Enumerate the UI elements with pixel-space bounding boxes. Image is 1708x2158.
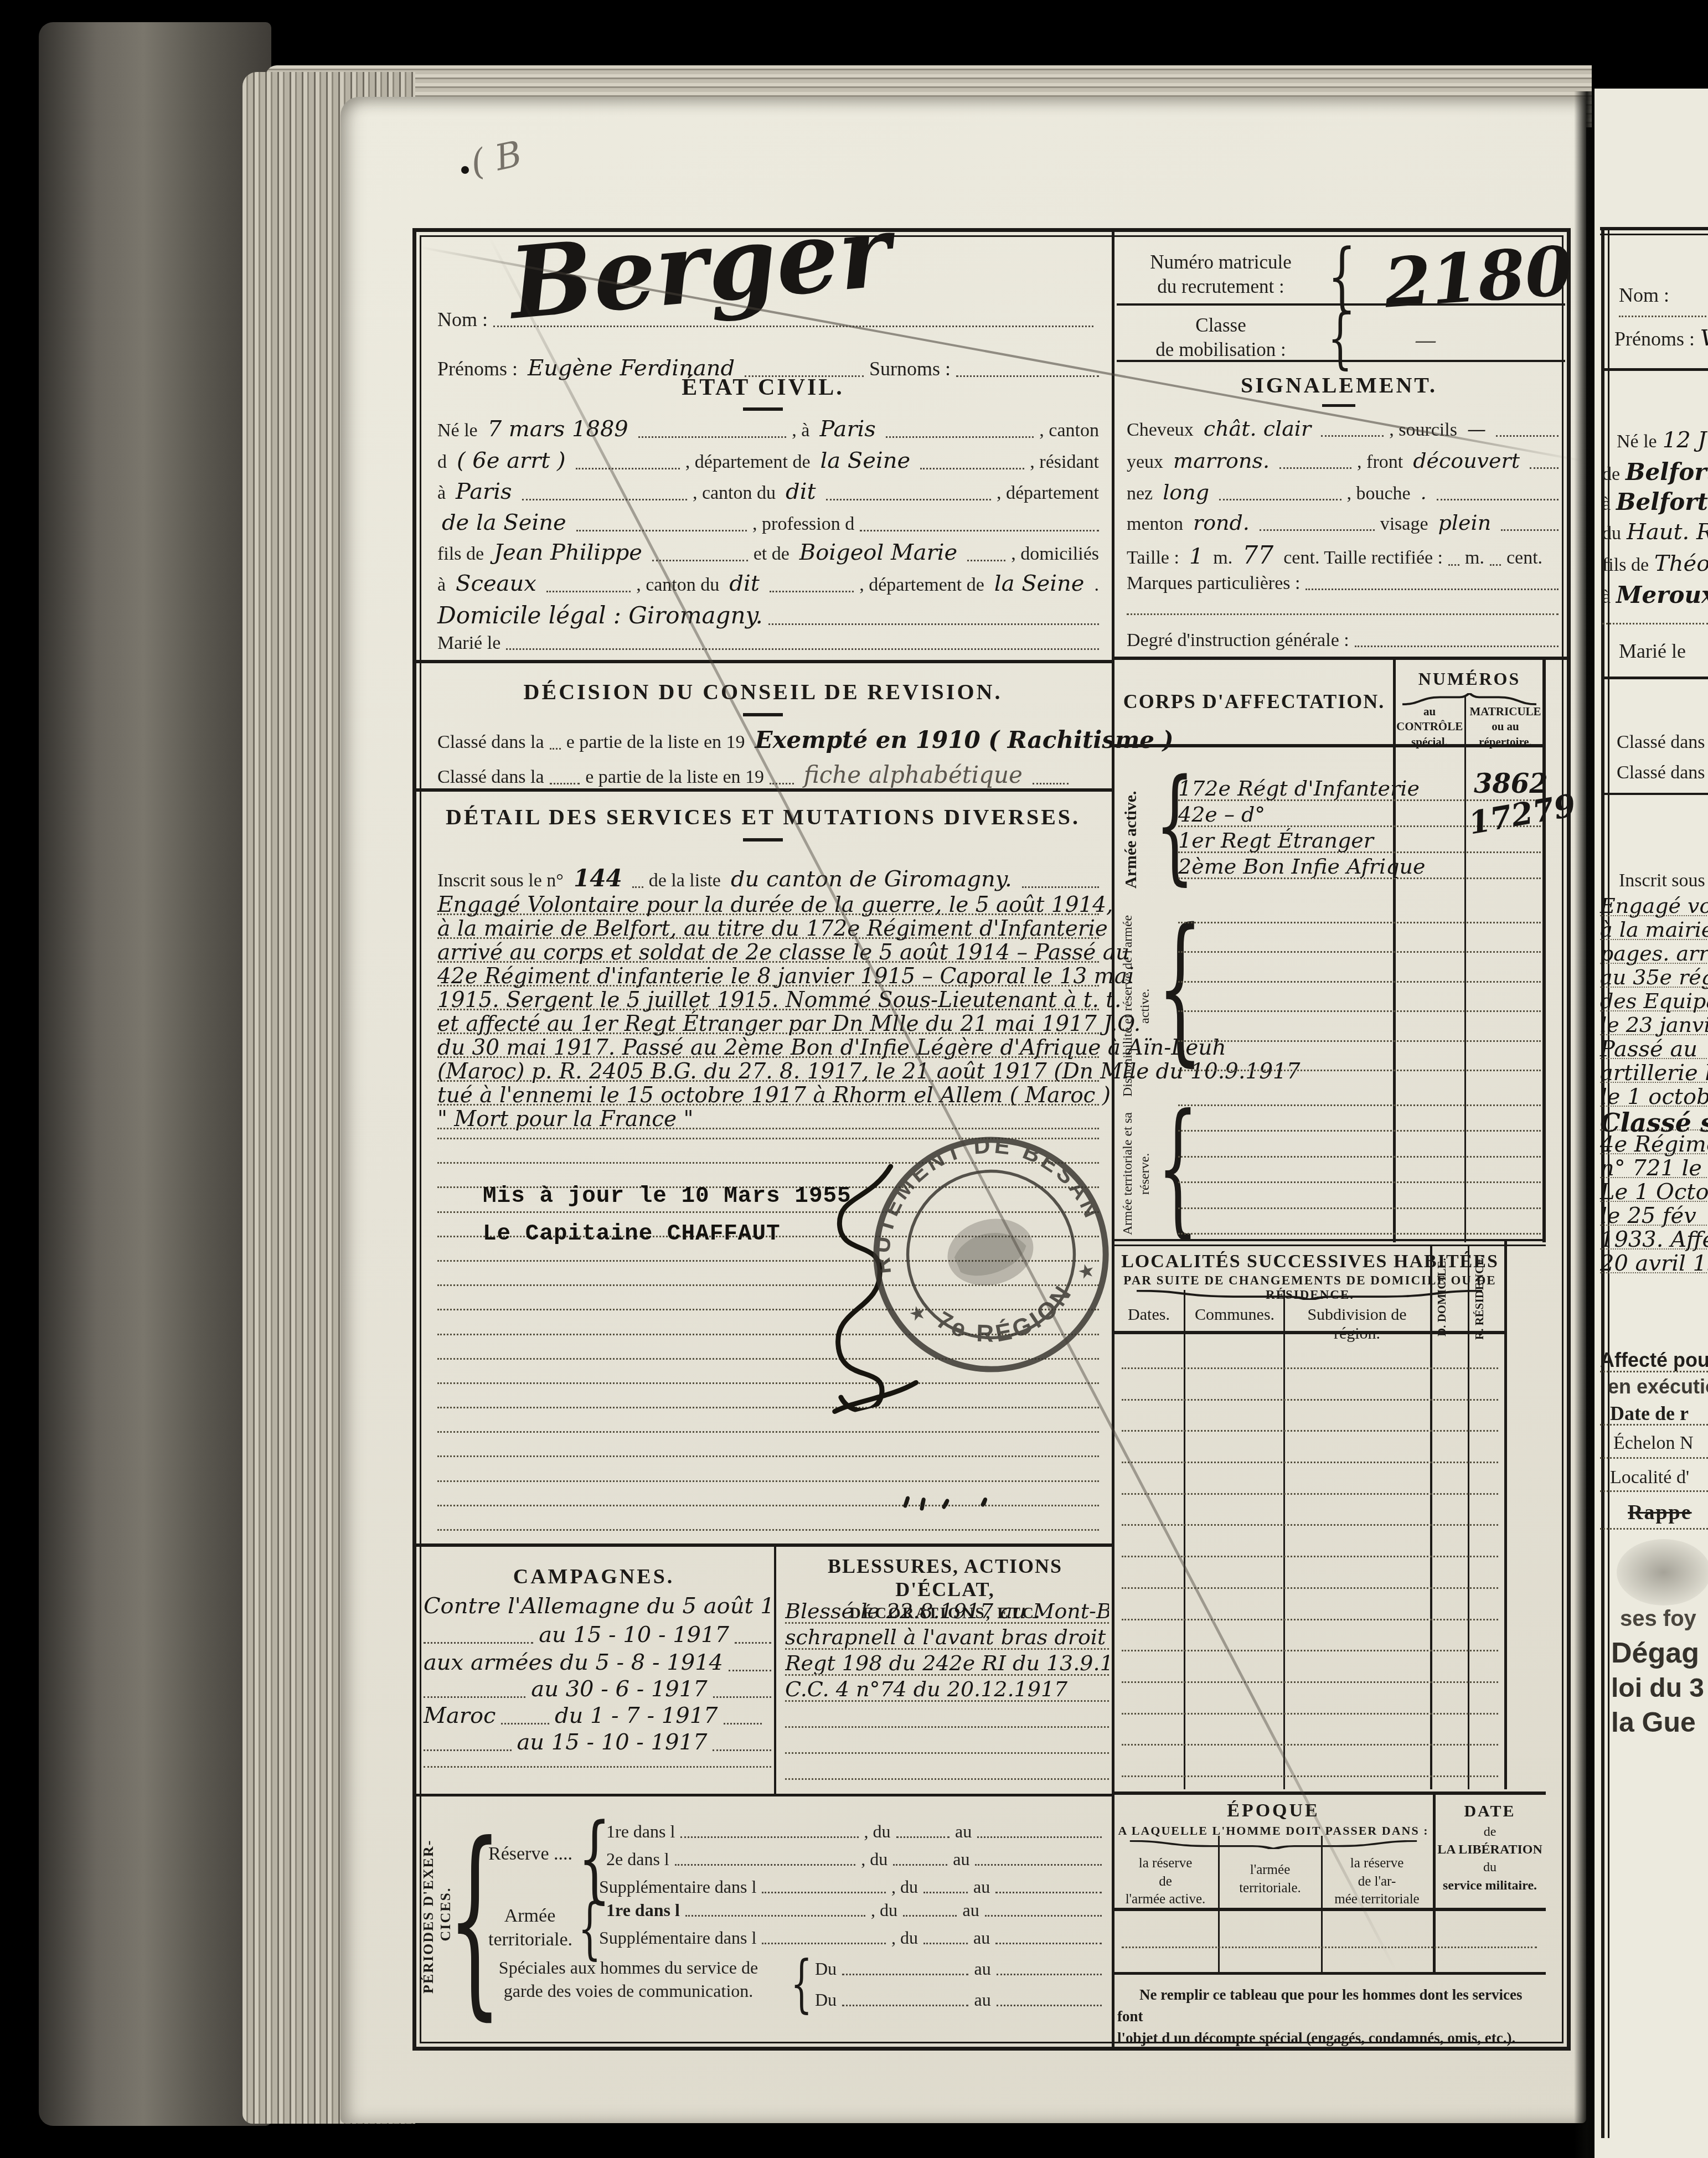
- ruled-line: [1600, 1457, 1708, 1459]
- ruled-line: [576, 529, 747, 531]
- corps-entry-text: 42e – d°: [1178, 802, 1265, 827]
- form-column-divider: [1112, 228, 1114, 2051]
- ruled-line: [1437, 498, 1559, 500]
- rp-classe-1: Classé dans la: [1617, 732, 1708, 753]
- rp-marie-row: Marié le: [1619, 639, 1686, 663]
- ruled-line: [493, 325, 1093, 327]
- front-value: découvert: [1408, 448, 1524, 473]
- localites-vline: [1504, 1239, 1507, 1789]
- residence: Paris: [451, 479, 516, 504]
- section-divider: [416, 660, 1112, 663]
- ruled-line: [1122, 1681, 1498, 1683]
- ruled-line: [860, 529, 1099, 531]
- epoque-col-2: l'armée territoriale.: [1221, 1861, 1319, 1897]
- ruled-line: [1600, 1528, 1708, 1530]
- ruled-line: [1355, 645, 1559, 647]
- service-entry: (Maroc) p. R. 2405 B.G. du 27. 8. 1917, …: [437, 1058, 1099, 1082]
- visage-value: plein: [1434, 510, 1496, 535]
- label: , domiciliés: [1011, 544, 1099, 565]
- departement: la Seine: [816, 448, 915, 473]
- rp-affecte: Affecté pour: [1600, 1349, 1708, 1372]
- departement-3: la Seine: [990, 571, 1089, 596]
- ec-row-7: Domicile légal : Giromagny.: [437, 602, 1099, 629]
- taille-label: Taille :: [1127, 548, 1179, 569]
- ruled-line: [785, 1702, 1109, 1728]
- ruled-line: [1178, 1010, 1541, 1012]
- ruled-line: [1501, 529, 1559, 531]
- ruled-line: [1305, 588, 1559, 590]
- rp-execution: en exécution: [1608, 1375, 1708, 1398]
- campagne-entry: Contre l'Allemagne du 5 août 1914: [424, 1593, 771, 1619]
- rp-hand-block: Engagé vo à la mairie pages. arriv au 35…: [1600, 892, 1708, 1273]
- label: e partie de la liste en 19: [585, 767, 764, 788]
- ruled-line: [770, 590, 854, 592]
- campagne-row-3: aux armées du 5 - 8 - 1914: [424, 1650, 771, 1675]
- ruled-line: [1279, 467, 1351, 469]
- corps-entry: 2ème Bon Infie Afrique: [1178, 853, 1541, 879]
- ruled-line: [1496, 435, 1559, 437]
- epoque-note-l2: l'objet d un décompte spécial (engagés, …: [1117, 2027, 1546, 2049]
- label: , profession d: [752, 514, 854, 535]
- departement-2: de la Seine: [437, 510, 571, 535]
- arrondissement: ( 6e arrt ): [452, 448, 570, 473]
- text: 20 avril 1934: [1600, 1251, 1708, 1276]
- classe-value: —: [1415, 328, 1437, 353]
- epoque-note-l1: Ne remplir ce tableau que pour les homme…: [1117, 1984, 1546, 2027]
- epoque-title: ÉPOQUE: [1113, 1800, 1433, 1821]
- text: ses foy: [1620, 1607, 1696, 1632]
- corps-entry-text: 2ème Bon Infie Afrique: [1178, 854, 1425, 879]
- ruled-line: [997, 2004, 1102, 2006]
- label: et de: [754, 544, 790, 565]
- ec-row-1: Né le7 mars 1889 , àParis , canton: [437, 416, 1099, 442]
- label: à: [437, 575, 446, 596]
- rp-echelon: Échelon N: [1613, 1433, 1693, 1454]
- classe-label-line2: de mobilisation :: [1124, 338, 1318, 362]
- taille-cm: 77: [1238, 541, 1278, 570]
- matricule-label: Numéro matricule du recrutement :: [1124, 250, 1318, 299]
- ruled-line: [1122, 1947, 1537, 1948]
- rp-hand-line: Engagé vo: [1600, 892, 1708, 916]
- ruled-line: [923, 1942, 968, 1944]
- rp-hand-line: 4e Régiment: [1600, 1130, 1708, 1154]
- numeros-brace-curve: [1400, 693, 1539, 705]
- text: n° 721 le 1: [1600, 1155, 1708, 1181]
- ruled-line: [1600, 1490, 1708, 1492]
- value: Théodo: [1654, 551, 1708, 576]
- label: , bouche: [1347, 483, 1411, 504]
- ruled-line: [522, 498, 687, 500]
- campagne-entry: au 30 - 6 - 1917: [531, 1676, 707, 1702]
- rp-localite: Localité d': [1610, 1467, 1689, 1488]
- label: 2e dans l: [606, 1849, 669, 1870]
- label: , canton du: [636, 575, 719, 596]
- label: au: [974, 1990, 990, 2010]
- ruled-line: [1122, 1775, 1498, 1777]
- rp-hand-line: 1933. Affect: [1600, 1226, 1708, 1250]
- value: Belfort: [1626, 458, 1708, 486]
- label: à: [1602, 494, 1611, 515]
- ruled-line: [1122, 1493, 1498, 1495]
- rp-stamp-smudge: [1617, 1539, 1708, 1605]
- ruled-line: [785, 1728, 1109, 1754]
- rp-hand-line: à la mairie: [1600, 916, 1708, 940]
- rp-marie-label: Marié le: [1619, 639, 1686, 663]
- speciales-label-1: Spéciales aux hommes du service de: [468, 1956, 789, 1980]
- ruled-line: [975, 1863, 1102, 1866]
- decision-row-2: Classé dans la e partie de la liste en 1…: [437, 761, 1099, 788]
- speciales-label-2: garde des voies de communication.: [468, 1980, 789, 2003]
- date-col-l1: DATE: [1436, 1800, 1544, 1823]
- label: au: [973, 1928, 990, 1948]
- blessure-text: Blessé le 22.8.1917 au Mont-Beles (Serbi…: [785, 1599, 1109, 1623]
- ruled-line: [680, 1836, 858, 1838]
- ruled-line: [437, 1382, 1099, 1384]
- label: yeux: [1127, 452, 1163, 473]
- localites-col-dates: Dates.: [1113, 1305, 1184, 1324]
- ruled-line: [424, 1749, 512, 1751]
- decision-value-2: fiche alphabétique: [799, 761, 1027, 788]
- rp-hand-line: le 1 octobre: [1600, 1083, 1708, 1107]
- campagnes-title: CAMPAGNES.: [412, 1565, 775, 1589]
- bouche-value: .: [1416, 482, 1431, 504]
- label: 1re dans l: [606, 1821, 675, 1842]
- text: le 23 janvier 1: [1600, 1013, 1708, 1037]
- service-text: 42e Régiment d'infanterie le 8 janvier 1…: [437, 964, 1134, 989]
- ruled-line: [1122, 1367, 1498, 1369]
- etat-civil-title: ÉTAT CIVIL.: [412, 374, 1113, 401]
- label: de: [1602, 464, 1620, 485]
- campagne-row-6: au 15 - 10 - 1917: [424, 1730, 771, 1755]
- title-dash: [743, 713, 783, 716]
- rp-form-border: [1600, 227, 1708, 230]
- controle-col-head: au CONTRÔLE spécial.: [1396, 704, 1463, 750]
- ruled-line: [923, 1891, 968, 1893]
- inscrit-label: Inscrit sous le n°: [437, 870, 564, 891]
- ruled-line: [546, 590, 631, 592]
- rp-classe-2: Classé dans la: [1617, 762, 1708, 783]
- matricule-col-head: MATRICULE ou au répertoire.: [1467, 704, 1544, 750]
- ruled-line: [1260, 529, 1375, 531]
- ruled-line: [1178, 1130, 1541, 1132]
- title-dash: [743, 838, 783, 841]
- ruled-line: [638, 436, 787, 438]
- label: d: [437, 452, 447, 473]
- label: Cheveux: [1127, 420, 1194, 441]
- label: Classé dans la: [437, 767, 544, 788]
- ruled-line: [675, 1863, 856, 1866]
- rp-civil-1: Né le12 Ju: [1617, 427, 1708, 453]
- rp-hand-line: pages. arriv: [1600, 940, 1708, 964]
- sig-row-1: Cheveuxchât. clair , sourcils—: [1127, 416, 1559, 441]
- ruled-line: [424, 1641, 533, 1644]
- ec-row-3: àParis , canton dudit , département: [437, 479, 1099, 504]
- blessure-text: C.C. 4 n°74 du 20.12.1917: [785, 1677, 1067, 1701]
- ink-marks: [900, 1484, 1010, 1517]
- ruled-line: [576, 467, 680, 469]
- label: , du: [864, 1821, 891, 1842]
- label: Supplémentaire dans l: [599, 1877, 756, 1897]
- campagne-entry: Maroc: [424, 1703, 496, 1728]
- service-text: et affecté au 1er Regt Étranger par Dn M…: [437, 1011, 1141, 1036]
- ruled-line: [893, 1863, 947, 1866]
- signalement-title: SIGNALEMENT.: [1113, 372, 1565, 398]
- ruled-line: [1178, 1181, 1541, 1183]
- marques-label: Marques particulières :: [1127, 573, 1300, 594]
- canton: dit: [781, 479, 820, 504]
- text: Échelon N: [1613, 1433, 1693, 1454]
- epoque-col1-l1: la réserve: [1113, 1855, 1217, 1873]
- controle-head-2: CONTRÔLE: [1396, 719, 1463, 734]
- blessure-entry: C.C. 4 n°74 du 20.12.1917: [785, 1676, 1109, 1702]
- rp-civil-4: duHaut. R: [1602, 519, 1708, 545]
- matricule-value: 2180: [1381, 230, 1575, 323]
- ruled-line: [1122, 1619, 1498, 1620]
- ruled-line: [1178, 1040, 1541, 1042]
- epoque-subtitle: A LAQUELLE L'HOMME DOIT PASSER DANS :: [1113, 1824, 1433, 1838]
- speciales-brace: {: [791, 1953, 812, 2015]
- campagne-row-5: Maroc du 1 - 7 - 1917: [424, 1703, 771, 1728]
- label: fils de: [1602, 555, 1649, 576]
- services-title: DÉTAIL DES SERVICES ET MUTATIONS DIVERSE…: [412, 804, 1113, 830]
- label: à: [437, 483, 446, 504]
- ruled-line: [1122, 1524, 1498, 1526]
- rp-prenoms-label: Prénoms :: [1614, 327, 1695, 350]
- ruled-line: [997, 1973, 1102, 1975]
- ruled-line: [768, 623, 1099, 625]
- rp-civil-2: deBelfort: [1602, 458, 1708, 486]
- epoque-heavy-line: [1113, 1908, 1546, 1911]
- label: au: [953, 1849, 969, 1870]
- epoque-vline: [1321, 1836, 1323, 1973]
- corps-entry-text: 1er Regt Étranger: [1178, 828, 1374, 853]
- label: du: [1602, 523, 1621, 544]
- territoriale-reserve-label: Armée territoriale et sa réserve.: [1119, 1104, 1154, 1243]
- rp-hand-line: au 35e régim: [1600, 964, 1708, 988]
- label: Inscrit sous le: [1619, 870, 1708, 891]
- text: 4e Régiment: [1600, 1132, 1708, 1157]
- campagne-row-2: au 15 - 10 - 1917: [424, 1622, 771, 1648]
- nom-label: Nom :: [437, 308, 488, 331]
- label: , du: [891, 1928, 918, 1948]
- service-entry: tué à l'ennemi le 15 octobre 1917 à Rhor…: [437, 1082, 1099, 1106]
- text: Affecté pour: [1600, 1349, 1708, 1372]
- rp-civil-3: àBelfort: [1602, 488, 1708, 515]
- canton-2: dit: [725, 571, 763, 596]
- epoque-border-bottom: [1113, 1972, 1546, 1975]
- ruled-line: [685, 1914, 865, 1917]
- territoriale-label: Armée territoriale.: [488, 1904, 571, 1952]
- ruled-line: [1122, 1650, 1498, 1651]
- value: Belfort: [1616, 488, 1708, 515]
- blessure-entry: Blessé le 22.8.1917 au Mont-Beles (Serbi…: [785, 1598, 1109, 1624]
- matricule-label-line2: du recrutement :: [1124, 275, 1318, 299]
- ruled-line: [842, 1973, 968, 1975]
- service-text: arrivé au corps et soldat de 2e classe l…: [437, 940, 1129, 965]
- label: nez: [1127, 483, 1153, 504]
- stamp-star-right: ★: [1075, 1259, 1097, 1284]
- stamp-bottom-text: 7e RÉGION: [927, 1274, 1087, 1363]
- service-entry: et affecté au 1er Regt Étranger par Dn M…: [437, 1010, 1099, 1034]
- territoriale-rows: [1178, 1104, 1541, 1235]
- label: au: [973, 1877, 990, 1897]
- ruled-line: [437, 1431, 1099, 1433]
- ruled-line: [713, 1749, 771, 1751]
- rp-form-border: [1600, 234, 1708, 235]
- ruled-line: [437, 1455, 1099, 1457]
- ruled-line: [424, 1696, 525, 1698]
- rp-hand-line: des Equipages m: [1600, 988, 1708, 1011]
- periodes-side-1: PÉRIODES D'EXER-: [420, 1840, 436, 1994]
- ruled-line: [550, 747, 561, 750]
- label: , département de: [685, 452, 811, 473]
- ruled-line: [1178, 981, 1541, 983]
- campagne-entry: du 1 - 7 - 1917: [555, 1703, 718, 1728]
- territoriale-label-1: Armée: [488, 1904, 571, 1928]
- register-right-page: Nom : Prénoms : Vic Né le12 Ju deBelfort…: [1595, 89, 1708, 2158]
- epoque-col2-l1: l'armée: [1221, 1861, 1319, 1880]
- rp-hand-line: 20 avril 1934: [1600, 1250, 1708, 1273]
- localites-col-communes: Communes.: [1185, 1305, 1284, 1324]
- ruled-line: [1178, 922, 1541, 923]
- corps-title: CORPS D'AFFECTATION.: [1113, 690, 1395, 713]
- text: en exécution: [1608, 1375, 1708, 1398]
- ruled-line: [977, 1836, 1102, 1838]
- label: , à: [792, 420, 809, 441]
- ruled-line: [1619, 316, 1708, 317]
- label: m.: [1213, 548, 1232, 569]
- ruled-line: [437, 1529, 1099, 1531]
- page-gutter-shadow: [1574, 91, 1597, 2158]
- campagne-row-1: Contre l'Allemagne du 5 août 1914: [424, 1593, 771, 1619]
- epoque-col1-l2: de: [1113, 1873, 1217, 1891]
- label: , du: [871, 1900, 897, 1920]
- epoque-col3-l2: de l'ar-: [1323, 1873, 1431, 1891]
- dispo-label: Disponibilité et réserve de l'armée acti…: [1119, 915, 1154, 1097]
- epoque-note: Ne remplir ce tableau que pour les homme…: [1117, 1984, 1546, 2049]
- blessure-entry: Regt 198 du 242e RI du 13.9.1916 – cité …: [785, 1650, 1109, 1676]
- label: Du: [815, 1990, 837, 2010]
- label: e partie de la liste en 19: [566, 732, 745, 753]
- label: au: [962, 1900, 979, 1920]
- rp-hand-line: artillerie lo: [1600, 1059, 1708, 1083]
- ruled-line: [501, 1722, 549, 1725]
- ruled-line: [437, 1480, 1099, 1482]
- terr-label-1: Armée territoriale: [1121, 1139, 1135, 1235]
- header-divider2: [1117, 360, 1565, 362]
- decision-value-1: Exempté en 1910 ( Rachitisme ): [751, 726, 1178, 753]
- sig-row-3: nezlong , bouche.: [1127, 480, 1559, 504]
- ruled-line: [1122, 1462, 1498, 1463]
- date-col-l5: service militaire.: [1436, 1877, 1544, 1894]
- rp-rappel: Rappe: [1628, 1500, 1692, 1525]
- label: au: [974, 1959, 990, 1979]
- ruled-line: [632, 886, 643, 888]
- date-col-l4: du: [1436, 1858, 1544, 1876]
- campagne-row-4: au 30 - 6 - 1917: [424, 1676, 771, 1702]
- service-entry: à la mairie de Belfort, au titre du 172e…: [437, 915, 1099, 939]
- ruled-line: [920, 467, 1024, 469]
- text: artillerie lo: [1600, 1060, 1708, 1086]
- epoque-vline: [1218, 1836, 1220, 1973]
- rp-stamp-guerre: la Gue: [1611, 1706, 1696, 1738]
- ruled-line: [735, 1641, 771, 1644]
- epoque-col-1: la réserve de l'armée active.: [1113, 1855, 1217, 1909]
- ruled-line: [1530, 467, 1559, 469]
- service-entry: du 30 mai 1917. Passé au 2ème Bon d'Infi…: [437, 1034, 1099, 1058]
- text: le 25 fév: [1600, 1203, 1696, 1228]
- service-entry: arrivé au corps et soldat de 2e classe l…: [437, 939, 1099, 963]
- corps-table-heavy-line: [1113, 744, 1546, 747]
- rp-stamp-loi: loi du 3: [1611, 1673, 1704, 1703]
- text: Date de r: [1610, 1402, 1689, 1425]
- blessures-title-line1: BLESSURES, ACTIONS D'ÉCLAT,: [778, 1555, 1112, 1601]
- controle-head-1: au: [1396, 704, 1463, 719]
- ruled-line: [1033, 782, 1069, 784]
- book-cover-paper: [39, 22, 271, 2126]
- speciales-label: Spéciales aux hommes du service de garde…: [468, 1956, 789, 2002]
- ruled-line: [1600, 1371, 1708, 1372]
- label: , du: [861, 1849, 887, 1870]
- service-entry: " Mort pour la France ": [437, 1106, 1099, 1129]
- service-entry: 1915. Sergent le 5 juillet 1915. Nommé S…: [437, 987, 1099, 1010]
- ruled-line: [762, 1942, 886, 1944]
- localites-col-residence: R. RÉSIDENCE.: [1473, 1250, 1487, 1344]
- campagne-entry: aux armées du 5 - 8 - 1914: [424, 1650, 723, 1675]
- blessures-block: Blessé le 22.8.1917 au Mont-Beles (Serbi…: [785, 1598, 1109, 1780]
- classe-label: Classe de mobilisation :: [1124, 313, 1318, 362]
- taille-m: 1: [1185, 544, 1208, 569]
- armee-active-label: Armée active.: [1122, 771, 1141, 909]
- service-text: Engagé Volontaire pour la durée de la gu…: [437, 892, 1113, 917]
- epoque-date-col: DATE de LA LIBÉRATION du service militai…: [1436, 1800, 1544, 1894]
- periode-row-s2: Du au: [815, 1990, 1102, 2010]
- parents-residence: Sceaux: [451, 571, 541, 596]
- periode-row-s1: Du au: [815, 1959, 1102, 1979]
- service-text: 1915. Sergent le 5 juillet 1915. Nommé S…: [437, 988, 1121, 1013]
- ruled-line: [1178, 1207, 1541, 1209]
- value: 12 Ju: [1663, 427, 1708, 453]
- service-entry: Engagé Volontaire pour la durée de la gu…: [437, 891, 1099, 915]
- classe-label-line1: Classe: [1124, 313, 1318, 338]
- label: Classé dans la: [1617, 762, 1708, 783]
- periode-row-r2: 2e dans l , du au: [606, 1849, 1102, 1870]
- ruled-line: [1122, 1587, 1498, 1589]
- rp-civil-5: fils deThéodo: [1602, 551, 1708, 576]
- dispo-rows: [1178, 922, 1541, 1071]
- ruled-line: [1178, 1070, 1541, 1071]
- ruled-line: [1122, 1399, 1498, 1401]
- label: , canton: [1039, 420, 1099, 441]
- label: cent. Taille rectifiée :: [1283, 548, 1443, 569]
- ruled-line: [713, 1696, 771, 1698]
- epoque-col1-l3: l'armée active.: [1113, 1891, 1217, 1909]
- text: le 1 octobre: [1600, 1084, 1708, 1109]
- ruled-line: [995, 1942, 1102, 1944]
- rp-hand-line: n° 721 le 1: [1600, 1154, 1708, 1178]
- localites-col-subdivision: Subdivision de région.: [1285, 1305, 1429, 1343]
- label: , canton du: [693, 483, 776, 504]
- text: Engagé vo: [1600, 894, 1708, 918]
- epoque-border-top: [1113, 1792, 1546, 1795]
- ruled-line: [785, 1754, 1109, 1780]
- localites-col-domicile: D. DOMICILE.: [1435, 1250, 1449, 1344]
- ruled-line: [1448, 564, 1459, 566]
- ruled-line: [1127, 613, 1559, 615]
- label: de la liste: [649, 870, 721, 891]
- rp-nom-label: Nom :: [1619, 283, 1669, 307]
- title-dash: [743, 407, 783, 411]
